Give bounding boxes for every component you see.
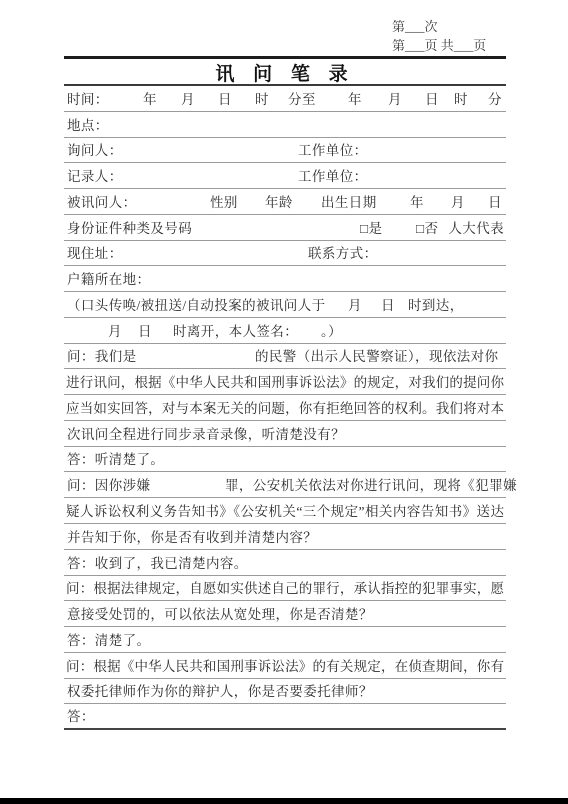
- a2-text: 答：收到了，我已清楚内容。: [67, 556, 248, 571]
- day-label-start: 日: [218, 92, 232, 107]
- row-recorder: 记录人： 工作单位：: [64, 163, 506, 189]
- row-departure-note: 月 日 时离开，本人签名： 。）: [64, 318, 506, 344]
- page-bottom-bar: [0, 798, 568, 804]
- time-label: 时间：: [67, 92, 109, 107]
- document-title: 讯 问 笔 录: [64, 59, 506, 86]
- q4-line2-text: 权委托律师作为你的辩护人，你是否要委托律师？: [67, 684, 373, 699]
- arrival-hour-label: 时到达，: [408, 298, 464, 313]
- current-address-label: 现住址：: [67, 246, 123, 261]
- q1-prefix: 问：我们是: [67, 349, 137, 364]
- year-label-start: 年: [143, 92, 157, 107]
- a3-text: 答：清楚了。: [67, 633, 150, 648]
- row-id-document: 身份证件种类及号码 □是 □否 人大代表: [64, 215, 506, 241]
- q2-line2-text: 疑人诉讼权利义务告知书》《公安机关“三个规定”相关内容告知书》送达: [66, 504, 504, 519]
- row-address: 现住址： 联系方式：: [64, 241, 506, 267]
- departure-day-label: 日: [138, 324, 152, 339]
- location-label: 地点：: [67, 118, 109, 133]
- row-household-registration: 户籍所在地：: [64, 266, 506, 292]
- q1-line2-text: 进行讯问，根据《中华人民共和国刑事诉讼法》的规定，对我们的提问你: [66, 375, 504, 390]
- arrival-day-label: 日: [381, 298, 395, 313]
- q3-line2-text: 意接受处罚的，可以依法从宽处理，你是否清楚？: [67, 607, 373, 622]
- q4-line1-text: 问：根据《中华人民共和国刑事诉讼法》的有关规定，在侦查期间，你有: [66, 659, 504, 674]
- q1-line4-text: 次讯问全程进行同步录音录像，听清楚没有？: [67, 427, 345, 442]
- a1-text: 答：听清楚了。: [67, 452, 164, 467]
- month-label-end: 月: [388, 92, 402, 107]
- npc-representative-label: 人大代表: [448, 221, 504, 236]
- month-label-start: 月: [181, 92, 195, 107]
- closing-paren: 。）: [321, 324, 342, 339]
- interrogee-label: 被讯问人：: [67, 195, 137, 210]
- household-registration-label: 户籍所在地：: [67, 272, 150, 287]
- hour-label-start: 时: [255, 92, 269, 107]
- row-q4-line1: 问：根据《中华人民共和国刑事诉讼法》的有关规定，在侦查期间，你有: [64, 653, 506, 679]
- year-label-end: 年: [348, 92, 362, 107]
- interrogation-record-page: 第___次 第___页 共___页 讯 问 笔 录 时间： 年 月 日 时 分至…: [0, 0, 568, 804]
- page-header: 第___次 第___页 共___页: [392, 17, 486, 55]
- work-unit-label-2: 工作单位：: [298, 169, 368, 184]
- row-q2-line3: 并告知于你，你是否有收到并清楚内容？: [64, 524, 506, 550]
- q3-line1-text: 问：根据法律规定，自愿如实供述自己的罪行，承认指控的犯罪事实，愿: [66, 581, 504, 596]
- row-a4: 答：: [64, 704, 506, 730]
- row-q2-line1: 问：因你涉嫌 罪，公安机关依法对你进行讯问，现将《犯罪嫌: [64, 472, 506, 498]
- arrival-month-label: 月: [348, 298, 362, 313]
- session-number: 第___次: [392, 17, 486, 36]
- row-q1-line2: 进行讯问，根据《中华人民共和国刑事诉讼法》的规定，对我们的提问你: [64, 369, 506, 395]
- birthdate-label: 出生日期: [321, 195, 377, 210]
- row-a2: 答：收到了，我已清楚内容。: [64, 550, 506, 576]
- minute-label-end: 分: [488, 92, 502, 107]
- work-unit-label: 工作单位：: [298, 143, 368, 158]
- day-label-end: 日: [425, 92, 439, 107]
- q2-line3-text: 并告知于你，你是否有收到并清楚内容？: [67, 530, 317, 545]
- row-q1-line3: 应当如实回答，对与本案无关的问题，你有拒绝回答的权利。我们将对本: [64, 395, 506, 421]
- row-arrival-note: （口头传唤/被扭送/自动投案的被讯问人于 月 日 时到达，: [64, 292, 506, 318]
- inquirer-label: 询问人：: [67, 143, 123, 158]
- arrival-clause: （口头传唤/被扭送/自动投案的被讯问人于: [67, 298, 326, 313]
- q2-continuation: 罪，公安机关依法对你进行讯问，现将《犯罪嫌: [225, 478, 517, 493]
- departure-month-label: 月: [108, 324, 122, 339]
- page-count: 第___页 共___页: [392, 36, 486, 55]
- row-a3: 答：清楚了。: [64, 627, 506, 653]
- hour-label-end: 时: [454, 92, 468, 107]
- birth-day-label: 日: [488, 195, 502, 210]
- row-interrogee: 被讯问人： 性别 年龄 出生日期 年 月 日: [64, 189, 506, 215]
- row-location: 地点：: [64, 112, 506, 138]
- row-time: 时间： 年 月 日 时 分至 年 月 日 时 分: [64, 86, 506, 112]
- row-q3-line2: 意接受处罚的，可以依法从宽处理，你是否清楚？: [64, 601, 506, 627]
- recorder-label: 记录人：: [67, 169, 123, 184]
- age-label: 年龄: [265, 195, 293, 210]
- row-a1: 答：听清楚了。: [64, 447, 506, 473]
- q1-continuation: 的民警（出示人民警察证），现依法对你: [255, 349, 498, 364]
- q2-prefix: 问：因你涉嫌: [67, 478, 150, 493]
- row-q3-line1: 问：根据法律规定，自愿如实供述自己的罪行，承认指控的犯罪事实，愿: [64, 576, 506, 602]
- contact-label: 联系方式：: [308, 246, 378, 261]
- birth-month-label: 月: [451, 195, 465, 210]
- row-q4-line2: 权委托律师作为你的辩护人，你是否要委托律师？: [64, 679, 506, 705]
- a4-text: 答：: [67, 709, 95, 724]
- q1-line3-text: 应当如实回答，对与本案无关的问题，你有拒绝回答的权利。我们将对本: [66, 401, 504, 416]
- birth-year-label: 年: [410, 195, 424, 210]
- id-type-number-label: 身份证件种类及号码: [67, 221, 192, 236]
- row-q2-line2: 疑人诉讼权利义务告知书》《公安机关“三个规定”相关内容告知书》送达: [64, 498, 506, 524]
- gender-label: 性别: [210, 195, 238, 210]
- row-inquirer: 询问人： 工作单位：: [64, 138, 506, 164]
- minute-to-label: 分至: [288, 92, 316, 107]
- row-q1-line1: 问：我们是 的民警（出示人民警察证），现依法对你: [64, 344, 506, 370]
- row-q1-line4: 次讯问全程进行同步录音录像，听清楚没有？: [64, 421, 506, 447]
- departure-signature-label: 时离开，本人签名：: [173, 324, 298, 339]
- form-body: 时间： 年 月 日 时 分至 年 月 日 时 分 地点： 询问人： 工作单位： …: [64, 86, 506, 730]
- checkbox-no: □否: [416, 221, 438, 236]
- checkbox-yes: □是: [360, 221, 382, 236]
